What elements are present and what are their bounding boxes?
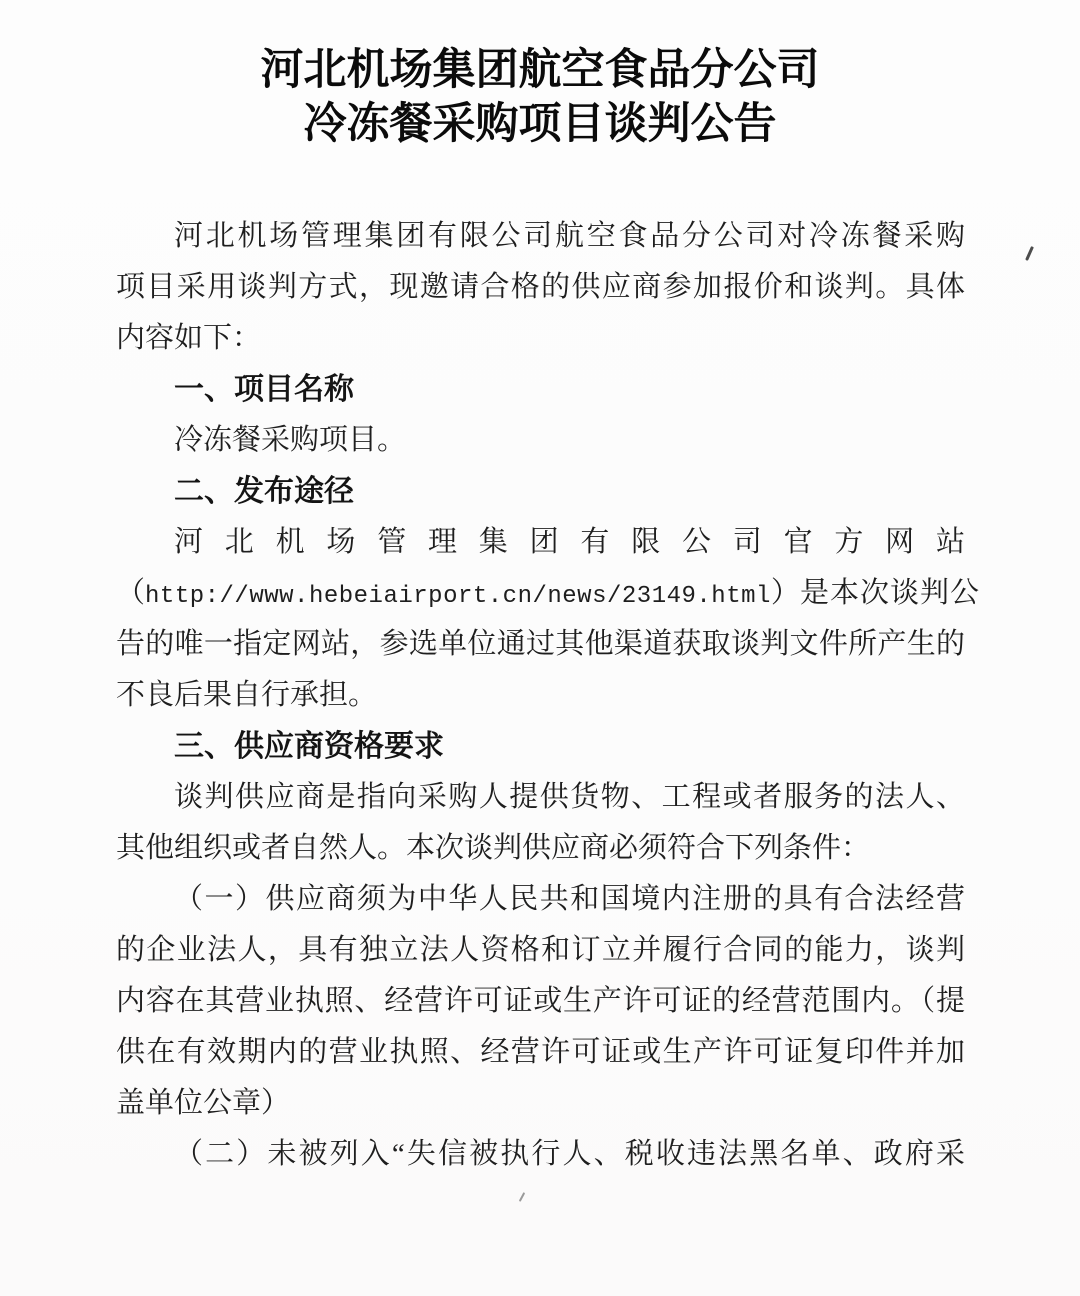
publish-channel-url-line: （http://www.hebeiairport.cn/news/23149.h… — [116, 568, 965, 619]
url-line-tail-text: 是本次谈判公 — [800, 577, 980, 609]
document-title-line-2: 冷冻餐采购项目谈判公告 — [0, 98, 1080, 152]
scan-artifact-mark — [1025, 246, 1034, 261]
publish-channel-line-1: 河北机场管理集团有限公司官方网站 — [116, 517, 965, 568]
project-name-line: 冷冻餐采购项目。 — [116, 415, 965, 466]
section-heading-supplier-qualification: 三、供应商资格要求 — [116, 721, 965, 772]
url-close-paren: ） — [771, 577, 800, 609]
document-title: 河北机场集团航空食品分公司 冷冻餐采购项目谈判公告 — [0, 44, 1080, 152]
website-url-text: http://www.hebeiairport.cn/news/23149.ht… — [145, 583, 771, 610]
condition-1-line-4: 供在有效期内的营业执照、经营许可证或生产许可证复印件并加 — [116, 1027, 965, 1078]
url-open-paren: （ — [116, 577, 145, 609]
document-body: 河北机场管理集团有限公司航空食品分公司对冷冻餐采购 项目采用谈判方式，现邀请合格… — [116, 211, 965, 1180]
scan-artifact-mark — [519, 1192, 525, 1202]
intro-paragraph-line-2: 项目采用谈判方式，现邀请合格的供应商参加报价和谈判。具体 — [116, 262, 965, 313]
condition-1-line-1: （一）供应商须为中华人民共和国境内注册的具有合法经营 — [116, 874, 965, 925]
intro-paragraph-line-1: 河北机场管理集团有限公司航空食品分公司对冷冻餐采购 — [116, 211, 965, 262]
qualification-paragraph-line-1: 谈判供应商是指向采购人提供货物、工程或者服务的法人、 — [116, 772, 965, 823]
condition-1-line-5: 盖单位公章） — [116, 1078, 965, 1129]
scanned-document-page: 河北机场集团航空食品分公司 冷冻餐采购项目谈判公告 河北机场管理集团有限公司航空… — [0, 0, 1080, 1296]
qualification-paragraph-line-2: 其他组织或者自然人。本次谈判供应商必须符合下列条件： — [116, 823, 965, 874]
publish-channel-line-4: 不良后果自行承担。 — [116, 670, 965, 721]
condition-1-line-3: 内容在其营业执照、经营许可证或生产许可证的经营范围内。（提 — [116, 976, 965, 1027]
section-heading-project-name: 一、项目名称 — [116, 364, 965, 415]
document-title-line-1: 河北机场集团航空食品分公司 — [0, 44, 1080, 98]
intro-paragraph-line-3: 内容如下： — [116, 313, 965, 364]
section-heading-publish-channel: 二、发布途径 — [116, 466, 965, 517]
publish-channel-line-3: 告的唯一指定网站，参选单位通过其他渠道获取谈判文件所产生的 — [116, 619, 965, 670]
condition-2-line-1: （二）未被列入“失信被执行人、税收违法黑名单、政府采 — [116, 1129, 965, 1180]
condition-1-line-2: 的企业法人，具有独立法人资格和订立并履行合同的能力，谈判 — [116, 925, 965, 976]
